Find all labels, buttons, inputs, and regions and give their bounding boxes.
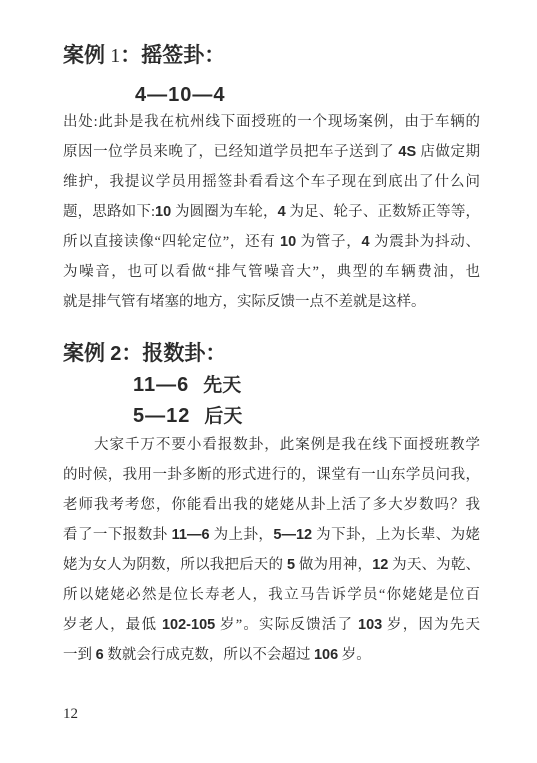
case-2-heading: 案例 2：报数卦：	[63, 338, 226, 369]
number-bold: 10	[280, 234, 296, 250]
text-run: 为下卦，上为长辈、为姥	[312, 527, 480, 543]
paragraph-line: 姥为女人为阴数，所以我把后天的 5 做为用神，12 为天、为乾、	[63, 550, 480, 580]
paragraph-line: 为噪音，也可以看做“排气管噪音大”，典型的车辆费油，也	[63, 257, 480, 287]
page-number: 12	[63, 703, 78, 725]
paragraph-line: 题，思路如下:10 为圆圈为车轮，4 为足、轮子、正数矫正等等，	[63, 197, 480, 227]
case-2-formulas: 11—6先天 5—12后天	[133, 370, 242, 432]
text-run: 数就会行成克数，所以不会超过	[104, 647, 314, 663]
text-run: 出处:此卦是我在杭州线下面授班的一个现场案例，由于车辆的	[63, 114, 480, 130]
paragraph-line: 大家千万不要小看报数卦，此案例是我在线下面授班教学	[63, 430, 480, 460]
paragraph-line: 岁老人，最低 102-105 岁”。实际反馈活了 103 岁，因为先天	[63, 610, 480, 640]
text-run: 为震卦为抖动、	[370, 234, 480, 250]
paragraph-line: 维护，我提议学员用摇签卦看看这个车子现在到底出了什么问	[63, 167, 480, 197]
number-bold: 106	[314, 647, 338, 663]
paragraph-line: 老师我考考您，你能看出我的姥姥从卦上活了多大岁数吗？我	[63, 490, 480, 520]
text-run: 的时候，我用一卦多断的形式进行的，课堂有一山东学员问我，	[63, 467, 480, 483]
number-bold: 12	[372, 557, 388, 573]
number-bold: 5	[287, 557, 295, 573]
text-run: 看了一下报数卦	[63, 527, 172, 543]
text-run: 姥为女人为阴数，所以我把后天的	[63, 557, 287, 573]
number-bold: 103	[358, 617, 382, 633]
number-bold: 6	[96, 647, 104, 663]
formula-label: 后天	[204, 406, 242, 427]
formula-label: 先天	[203, 375, 241, 396]
case-1-paragraph: 出处:此卦是我在杭州线下面授班的一个现场案例，由于车辆的原因一位学员来晚了，已经…	[63, 107, 480, 317]
paragraph-line: 一到 6 数就会行成克数，所以不会超过 106 岁。	[63, 640, 480, 670]
text-run: 岁。	[338, 647, 371, 663]
text-run: 原因一位学员来晚了，已经知道学员把车子送到了	[63, 144, 398, 160]
text-run: 为管子，	[296, 234, 361, 250]
case-1-heading-suffix: ：摇签卦：	[120, 43, 225, 67]
text-run: 题，思路如下:	[63, 204, 155, 220]
number-bold: 102-105	[162, 617, 215, 633]
number-bold: 10	[155, 204, 171, 220]
text-run: 店做定期	[416, 144, 480, 160]
text-run: 一到	[63, 647, 96, 663]
text-run: 为圆圈为车轮，	[171, 204, 277, 220]
text-run: 岁”。实际反馈活了	[215, 617, 358, 633]
text-run: 所以姥姥必然是位长寿老人，我立马告诉学员“你姥姥是位百	[63, 587, 480, 603]
number-bold: 4	[362, 234, 370, 250]
text-run: 为噪音，也可以看做“排气管噪音大”，典型的车辆费油，也	[63, 264, 480, 280]
text-run: 大家千万不要小看报数卦，此案例是我在线下面授班教学	[94, 437, 480, 453]
formula-value: 5—12	[133, 405, 190, 427]
text-run: 岁老人，最低	[63, 617, 162, 633]
case-2-heading-suffix: ：报数卦：	[121, 341, 226, 365]
number-bold: 11—6	[172, 527, 210, 543]
text-run: 做为用神，	[295, 557, 372, 573]
text-run: 为天、为乾、	[388, 557, 480, 573]
paragraph-line: 所以姥姥必然是位长寿老人，我立马告诉学员“你姥姥是位百	[63, 580, 480, 610]
paragraph-line: 的时候，我用一卦多断的形式进行的，课堂有一山东学员问我，	[63, 460, 480, 490]
case-1-heading-number: 1	[110, 45, 120, 67]
text-run: 为上卦，	[210, 527, 274, 543]
case-1-heading-prefix: 案例	[63, 43, 110, 67]
text-run: 为足、轮子、正数矫正等等，	[286, 204, 480, 220]
paragraph-line: 所以直接读像“四轮定位”，还有 10 为管子，4 为震卦为抖动、	[63, 227, 480, 257]
formula-row-acquired: 5—12后天	[133, 401, 242, 432]
case-2-heading-number: 2	[110, 343, 121, 365]
number-bold: 5—12	[273, 527, 312, 543]
number-bold: 4S	[398, 144, 416, 160]
paragraph-line: 看了一下报数卦 11—6 为上卦，5—12 为下卦，上为长辈、为姥	[63, 520, 480, 550]
document-page: 案例 1：摇签卦： 4—10—4 出处:此卦是我在杭州线下面授班的一个现场案例，…	[0, 0, 537, 763]
paragraph-line: 原因一位学员来晚了，已经知道学员把车子送到了 4S 店做定期	[63, 137, 480, 167]
text-run: 维护，我提议学员用摇签卦看看这个车子现在到底出了什么问	[63, 174, 480, 190]
case-2-paragraph: 大家千万不要小看报数卦，此案例是我在线下面授班教学的时候，我用一卦多断的形式进行…	[63, 430, 480, 670]
paragraph-line: 出处:此卦是我在杭州线下面授班的一个现场案例，由于车辆的	[63, 107, 480, 137]
formula-value: 11—6	[133, 374, 189, 396]
number-bold: 4	[278, 204, 286, 220]
case-1-heading: 案例 1：摇签卦：	[63, 40, 225, 71]
case-2-heading-prefix: 案例	[63, 341, 110, 365]
formula-row-innate: 11—6先天	[133, 370, 242, 401]
text-run: 就是排气管有堵塞的地方，实际反馈一点不差就是这样。	[63, 294, 426, 310]
text-run: 所以直接读像“四轮定位”，还有	[63, 234, 280, 250]
formula-value: 4—10—4	[135, 84, 226, 106]
text-run: 老师我考考您，你能看出我的姥姥从卦上活了多大岁数吗？我	[63, 497, 480, 513]
text-run: 岁，因为先天	[382, 617, 480, 633]
paragraph-line: 就是排气管有堵塞的地方，实际反馈一点不差就是这样。	[63, 287, 480, 317]
